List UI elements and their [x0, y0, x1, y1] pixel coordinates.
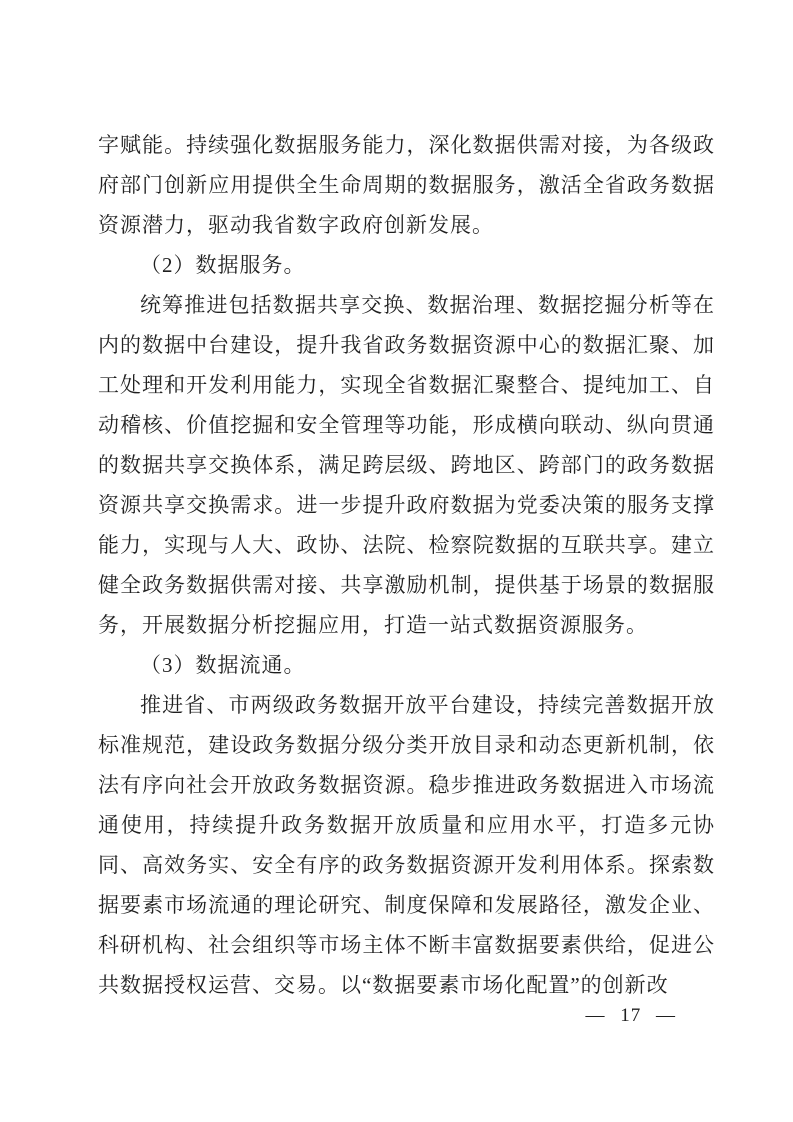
paragraph-data-services: 统筹推进包括数据共享交换、数据治理、数据挖掘分析等在内的数据中台建设，提升我省政… [98, 285, 715, 645]
document-body: 字赋能。持续强化数据服务能力，深化数据供需对接，为各级政府部门创新应用提供全生命… [98, 125, 715, 1005]
page-number: — 17 — [586, 1004, 677, 1028]
paragraph-data-circulation: 推进省、市两级政务数据开放平台建设，持续完善数据开放标准规范，建设政务数据分级分… [98, 685, 715, 1005]
section-heading-data-services: （2）数据服务。 [98, 245, 715, 285]
document-page: 字赋能。持续强化数据服务能力，深化数据供需对接，为各级政府部门创新应用提供全生命… [0, 0, 793, 1122]
paragraph-digital-empowerment-continuation: 字赋能。持续强化数据服务能力，深化数据供需对接，为各级政府部门创新应用提供全生命… [98, 125, 715, 245]
section-heading-data-circulation: （3）数据流通。 [98, 645, 715, 685]
